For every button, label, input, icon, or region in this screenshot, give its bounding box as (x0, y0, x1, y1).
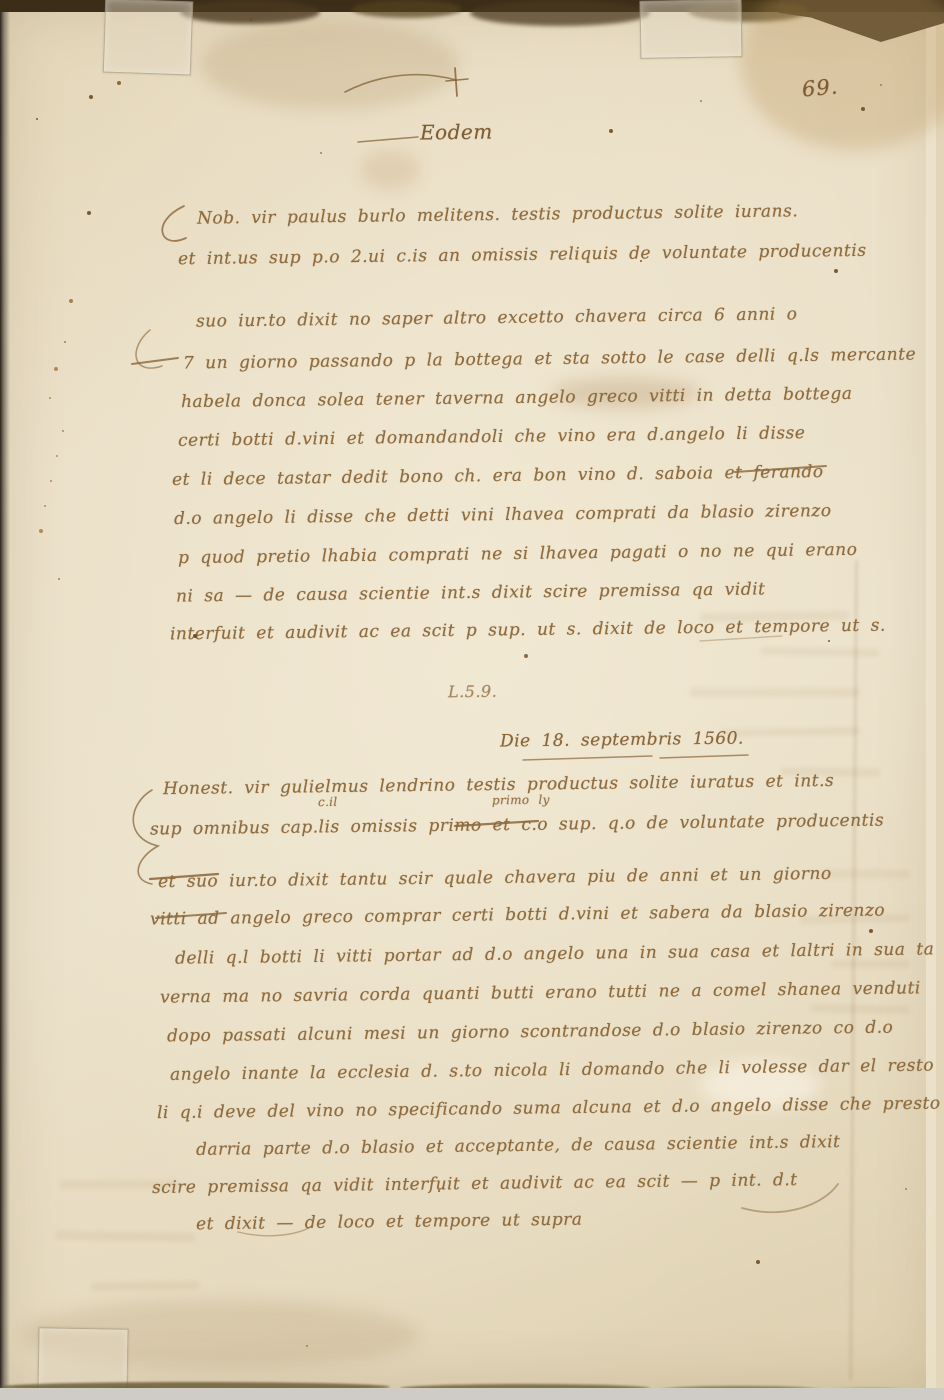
tape-patch-top-left (103, 0, 194, 76)
page-number: 69. (801, 74, 839, 101)
binding-gutter (0, 0, 10, 1400)
page-heading: Eodem (420, 120, 493, 145)
next-page-edge (936, 0, 944, 1400)
interlinear-note: c.il (318, 795, 338, 809)
tape-patch-top-right (640, 0, 743, 59)
water-stain (200, 20, 460, 110)
torn-edge-blotch (352, 0, 462, 18)
manuscript-scan: 69. Eodem Nob. vir paulus burlo melitens… (0, 0, 944, 1400)
interlinear-correction: primo ly (492, 793, 550, 808)
fox-spot (360, 150, 420, 190)
scan-bottom-background (0, 1388, 944, 1400)
page-edge-highlight (926, 0, 936, 1400)
section-mark: L.5.9. (448, 682, 497, 702)
date-line: Die 18. septembris 1560. (500, 729, 744, 752)
show-through (830, 960, 910, 968)
torn-edge-blotch (470, 0, 650, 26)
show-through (820, 870, 910, 878)
show-through (810, 1004, 910, 1014)
show-through (690, 688, 860, 697)
